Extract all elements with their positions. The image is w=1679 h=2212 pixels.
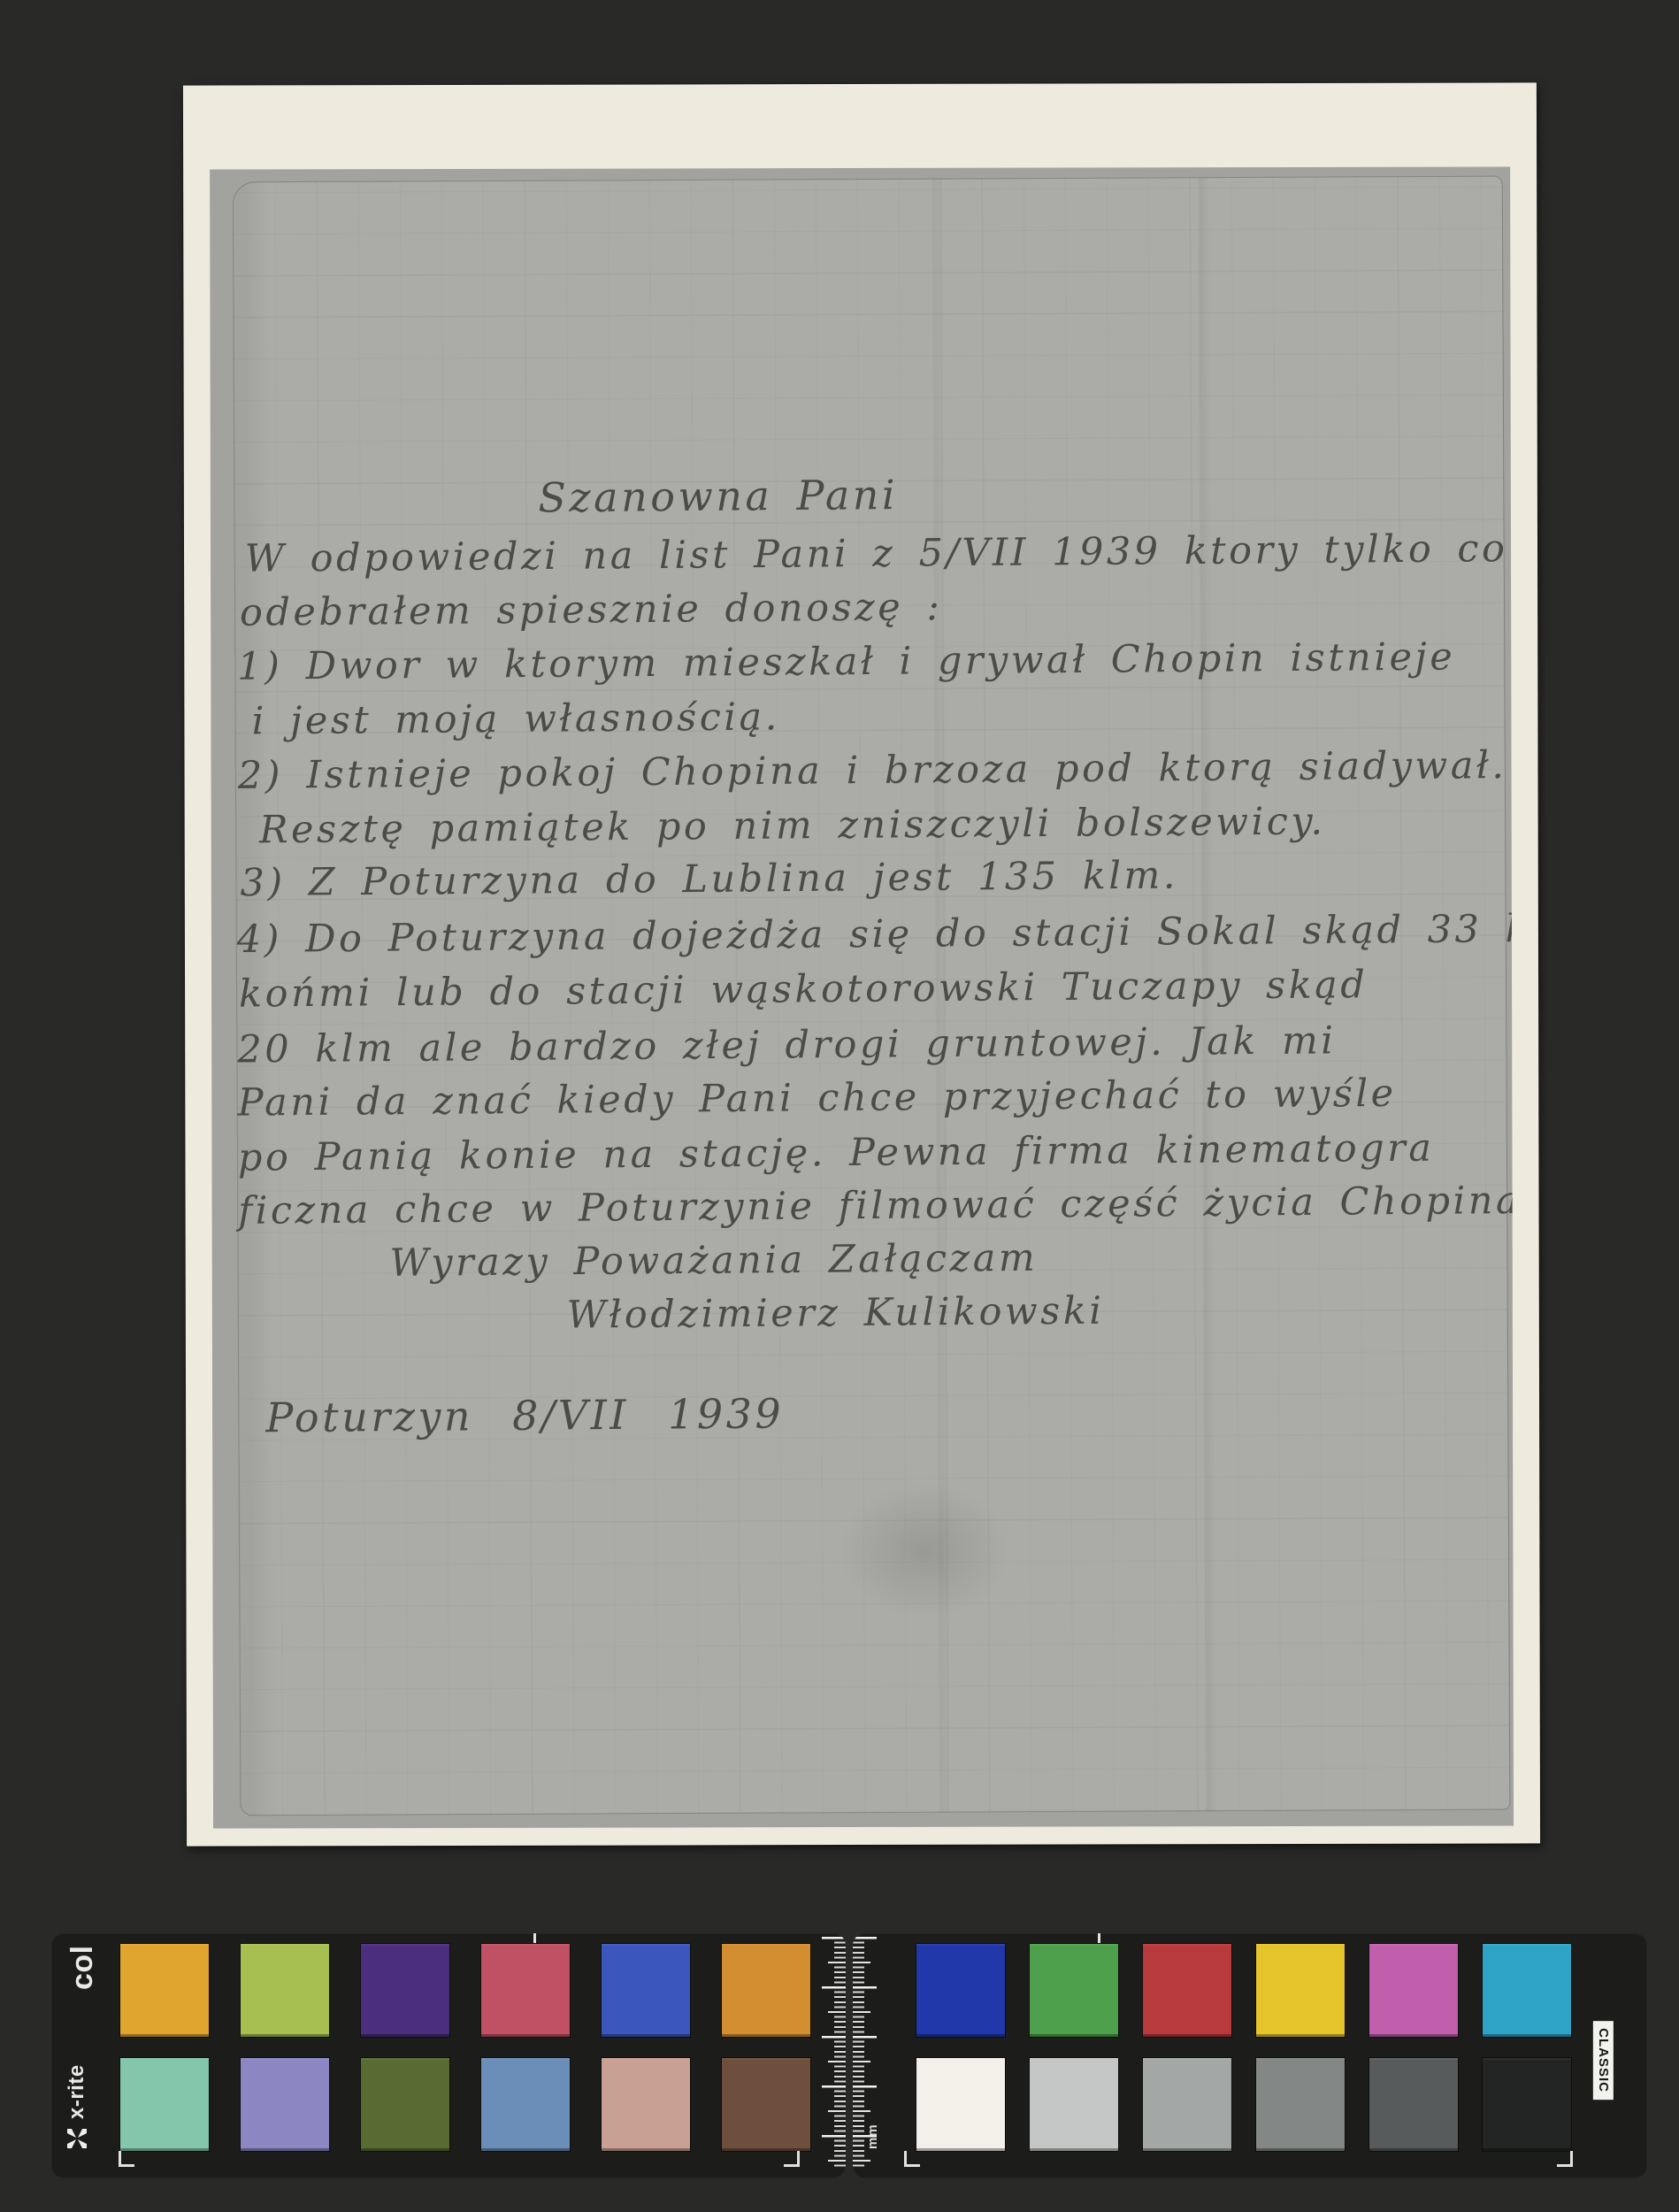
registration-corner-icon — [904, 2151, 920, 2167]
letter-line: W odpowiedzi na list Pani z 5/VII 1939 k… — [245, 526, 1508, 581]
patch-cyan — [1483, 1944, 1571, 2037]
ruler-unit-label: mm — [865, 2124, 880, 2149]
letter-line: 20 klm ale bardzo złej drogi gruntowej. … — [237, 1018, 1337, 1071]
letter-line: 3) Z Poturzyna do Lublina jest 135 klm. — [240, 853, 1178, 905]
xrite-brand: x-rite — [64, 2064, 90, 2152]
patch-moderate-red — [481, 1944, 570, 2037]
scan-background: Szanowna Pani W odpowiedzi na list Pani … — [0, 0, 1679, 2212]
patch-purplish-blue — [602, 1944, 690, 2037]
patch-neutral-5 — [1256, 2058, 1345, 2151]
letter-line: końmi lub do stacji wąskotorowski Tuczap… — [239, 963, 1368, 1016]
patch-neutral-3-5 — [1369, 2058, 1458, 2151]
colorchecker-right-panel: mm orchecker CLASSIC — [853, 1933, 1647, 2178]
patch-neutral-8 — [1030, 2058, 1118, 2151]
patch-yellow — [1256, 1944, 1345, 2037]
mm-ruler-left-panel — [822, 1937, 846, 2170]
letter-signature: Włodzimierz Kulikowski — [567, 1289, 1105, 1338]
letter-line: 4) Do Poturzyna dojeżdża się do stacji S… — [237, 907, 1514, 963]
patch-blue-flower — [241, 2058, 329, 2151]
photo-print: Szanowna Pani W odpowiedzi na list Pani … — [183, 82, 1540, 1846]
letter-sheet: Szanowna Pani W odpowiedzi na list Pani … — [233, 176, 1511, 1816]
patch-white — [916, 2058, 1005, 2151]
colorchecker-left-panel: col x-rite — [51, 1933, 846, 2178]
center-notch-icon — [1098, 1933, 1100, 1943]
patch-green — [1030, 1944, 1118, 2037]
registration-corner-icon — [119, 2151, 134, 2167]
patch-blue-sky — [481, 2058, 570, 2151]
patch-foliage — [361, 2058, 449, 2151]
letter-line: 1) Dwor w ktorym mieszkał i grywał Chopi… — [237, 634, 1455, 688]
patch-dark-skin — [722, 2058, 810, 2151]
patch-purple — [361, 1944, 449, 2037]
letter-line: i jest moją własnością. — [251, 695, 780, 743]
patch-black — [1483, 2058, 1571, 2151]
patch-neutral-6-5 — [1143, 2058, 1231, 2151]
letter-line: ficzna chce w Poturzynie filmować część … — [238, 1179, 1514, 1233]
letter-salutation: Szanowna Pani — [538, 471, 898, 521]
registration-corner-icon — [784, 2151, 800, 2167]
right-patch-grid — [916, 1944, 1571, 2151]
letter-photograph: Szanowna Pani W odpowiedzi na list Pani … — [210, 166, 1514, 1828]
letter-line: 2) Istnieje pokoj Chopina i brzoza pod k… — [238, 743, 1507, 798]
registration-corner-icon — [1557, 2151, 1573, 2167]
letter-line: Pani da znać kiedy Pani chce przyjechać … — [237, 1071, 1396, 1125]
xrite-logo-icon — [64, 2125, 90, 2152]
letter-line: po Panią konie na stację. Pewna firma ki… — [238, 1126, 1435, 1180]
patch-orange-yellow — [120, 1944, 209, 2037]
colorchecker-brand-left-text: col — [65, 1945, 100, 1990]
patch-magenta — [1369, 1944, 1458, 2037]
patch-blue — [916, 1944, 1005, 2037]
patch-orange — [722, 1944, 810, 2037]
patch-light-skin — [602, 2058, 690, 2151]
patch-bluish-green — [120, 2058, 209, 2151]
left-patch-grid — [120, 1944, 810, 2151]
letter-line: Resztę pamiątek po nim zniszczyli bolsze… — [259, 799, 1326, 852]
letter-closing: Wyrazy Poważania Załączam — [389, 1236, 1038, 1286]
classic-label: CLASSIC — [1593, 2021, 1614, 2100]
patch-red — [1143, 1944, 1231, 2037]
letter-dateline: Poturzyn 8/VII 1939 — [265, 1389, 784, 1441]
letter-line: odebrałem spiesznie donoszę : — [240, 585, 943, 635]
xrite-brand-text: x-rite — [65, 2064, 89, 2119]
center-notch-icon — [533, 1933, 536, 1943]
patch-yellow-green — [241, 1944, 329, 2037]
